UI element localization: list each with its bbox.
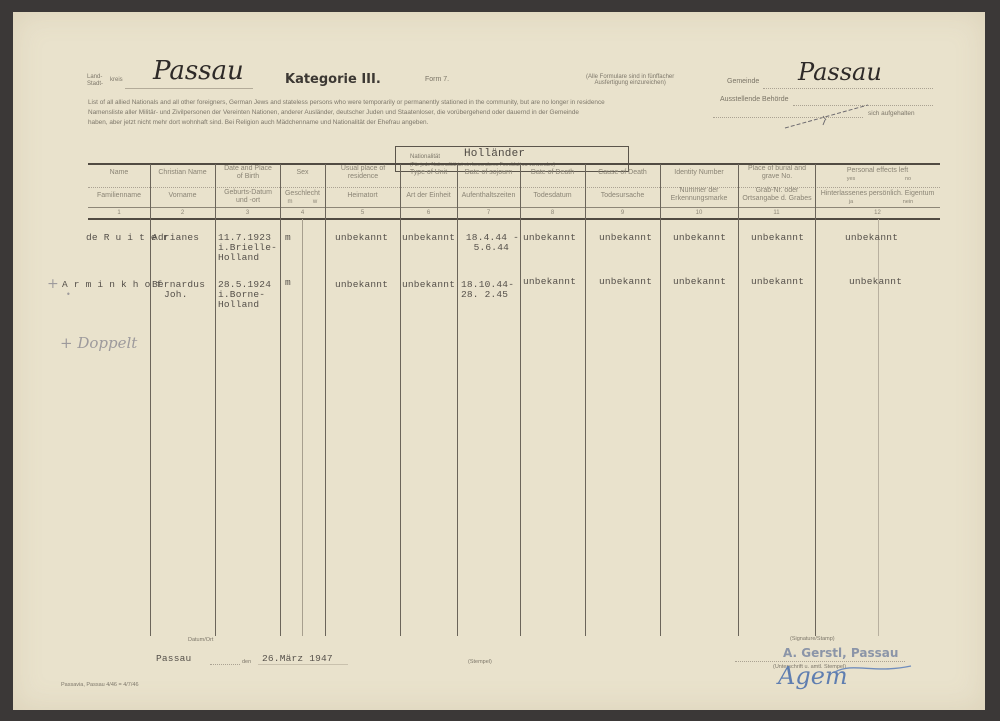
- col-sub-yes: yes: [841, 175, 861, 183]
- gemeinde-label: Gemeinde: [727, 78, 759, 85]
- col-header-birth: Date and Place of Birth: [221, 165, 275, 181]
- cell-sojourn: 18.10.44- 28. 2.45: [461, 280, 514, 300]
- cell-sex: m: [285, 233, 291, 243]
- cell-effects: unbekannt: [845, 233, 898, 243]
- place-line: [210, 664, 240, 665]
- gemeinde-line: [763, 88, 933, 89]
- district-handwritten: Passau: [153, 56, 244, 86]
- intro-text-german-end: sich aufgehalten: [868, 110, 915, 117]
- cell-death-date: unbekannt: [523, 277, 576, 287]
- col-number: 10: [660, 210, 738, 216]
- col-divider: [457, 164, 458, 636]
- footer-place: Passau: [156, 654, 191, 664]
- cell-identity: unbekannt: [673, 233, 726, 243]
- col-header-identity: Identity Number: [660, 169, 738, 177]
- col-number: 2: [150, 210, 215, 216]
- col-header-sojourn: Date of sojourn: [457, 169, 520, 177]
- col-divider: [215, 164, 216, 636]
- col-header-geschlecht: Geschlecht: [280, 190, 325, 198]
- col-number: 12: [815, 210, 940, 216]
- col-header-familienname: Familienname: [88, 192, 150, 200]
- col-header-vorname: Vorname: [150, 192, 215, 200]
- district-kreis-label: kreis: [110, 77, 123, 83]
- cell-sojourn: 18.4.44 - 5.6.44: [461, 233, 519, 253]
- col-number: 9: [585, 210, 660, 216]
- col-sub-w: w: [308, 198, 322, 206]
- cell-unit: unbekannt: [402, 280, 455, 290]
- col-header-einheit: Art der Einheit: [400, 192, 457, 200]
- nationality-value: Holländer: [464, 149, 525, 159]
- col-sub-no: no: [898, 175, 918, 183]
- col-number: 3: [215, 210, 280, 216]
- intro-text-german-1: Namensliste aller Militär- und Zivilpers…: [88, 109, 579, 116]
- intro-text-german-2: haben, aber jetzt nicht mehr dort wohnha…: [88, 119, 428, 126]
- cell-unit: unbekannt: [402, 233, 455, 243]
- cell-burial: unbekannt: [751, 233, 804, 243]
- col-header-geburt: Geburts-Datum und -ort: [219, 189, 277, 205]
- col-header-heimatort: Heimatort: [325, 192, 400, 200]
- col-header-unit: Type of Unit: [400, 169, 457, 177]
- cell-given-name: Bernardus Joh.: [152, 280, 205, 300]
- printer-note: Passavia, Passau 4/46 = 4/7/46: [61, 682, 139, 688]
- date-place-label: Datum/Ort: [188, 637, 213, 643]
- col-header-aufenthalt: Aufenthaltszeiten: [457, 192, 520, 200]
- cell-death-cause: unbekannt: [599, 233, 652, 243]
- col-header-grab: Grab-Nr. oder Ortsangabe d. Grabes: [741, 187, 813, 203]
- document-page: Land- Stadt- kreis Passau Kategorie III.…: [13, 12, 985, 710]
- col-divider: [738, 164, 739, 636]
- pencil-annotation: + Doppelt: [60, 334, 137, 352]
- col-header-death-cause: Cause of Death: [585, 169, 660, 177]
- col-divider: [325, 164, 326, 636]
- authority-label: Ausstellende Behörde: [720, 96, 789, 103]
- intro-fill-line: [713, 117, 863, 118]
- footer-date: 26.März 1947: [262, 654, 333, 664]
- col-header-residence: Usual place of residence: [333, 165, 393, 181]
- col-sub-ja: ja: [841, 198, 861, 206]
- col-number: 7: [457, 210, 520, 216]
- col-divider: [660, 164, 661, 636]
- col-divider: [585, 164, 586, 636]
- cell-given-name: Adrianes: [152, 233, 199, 243]
- col-header-erkennungsmarke: Nummer der Erkennungsmarke: [668, 187, 730, 203]
- nationality-label: Nationalität: [410, 154, 440, 160]
- cell-death-cause: unbekannt: [599, 277, 652, 287]
- col-header-todesursache: Todesursache: [585, 192, 660, 200]
- col-number: 11: [738, 210, 815, 216]
- col-number: 1: [88, 210, 150, 216]
- den-label: den: [242, 659, 251, 665]
- copies-note: (Alle Formulare sind in fünffacher Ausfe…: [586, 74, 674, 86]
- cell-birth: 28.5.1924 i.Borne- Holland: [218, 280, 271, 310]
- cell-death-date: unbekannt: [523, 233, 576, 243]
- col-header-eigentum: Hinterlassenes persönlich. Eigentum: [815, 190, 940, 198]
- cell-effects: unbekannt: [849, 277, 902, 287]
- col-number: 6: [400, 210, 457, 216]
- col-sub-m: m: [283, 198, 297, 206]
- signature-label: (Signature/Stamp): [790, 636, 835, 642]
- intro-text-english: List of all allied Nationals and all oth…: [88, 99, 605, 106]
- col-header-name: Name: [88, 169, 150, 177]
- col-divider: [520, 164, 521, 636]
- gemeinde-handwritten: Passau: [798, 58, 882, 86]
- cell-birth: 11.7.1923 i.Brielle- Holland: [218, 233, 277, 263]
- col-header-sex: Sex: [280, 169, 325, 177]
- district-label: Land- Stadt-: [87, 74, 103, 88]
- cell-residence: unbekannt: [335, 280, 388, 290]
- col-divider: [400, 164, 401, 636]
- col-header-effects: Personal effects left: [815, 167, 940, 175]
- col-header-death-date: Date of Death: [520, 169, 585, 177]
- cell-identity: unbekannt: [673, 277, 726, 287]
- col-header-christian-name: Christian Name: [150, 169, 215, 177]
- cell-residence: unbekannt: [335, 233, 388, 243]
- pencil-dot: •: [66, 290, 71, 299]
- cell-surname: A r m i n k h o f: [62, 280, 162, 290]
- col-number: 4: [280, 210, 325, 216]
- col-header-burial: Place of burial and grave No.: [745, 165, 809, 181]
- district-line: [125, 88, 253, 89]
- cell-sex: m: [285, 278, 291, 288]
- date-line: [258, 664, 348, 665]
- col-divider: [815, 164, 816, 636]
- stamp-label: (Stempel): [468, 659, 492, 665]
- form-number: Form 7.: [425, 76, 449, 83]
- col-number: 5: [325, 210, 400, 216]
- col-divider: [280, 164, 281, 636]
- col-number: 8: [520, 210, 585, 216]
- col-sub-nein: nein: [898, 198, 918, 206]
- col-header-todesdatum: Todesdatum: [520, 192, 585, 200]
- sex-subdivider: [302, 219, 303, 636]
- signature-flourish: [833, 658, 913, 678]
- cell-burial: unbekannt: [751, 277, 804, 287]
- category-title: Kategorie III.: [285, 72, 381, 87]
- pencil-mark: +: [47, 276, 59, 292]
